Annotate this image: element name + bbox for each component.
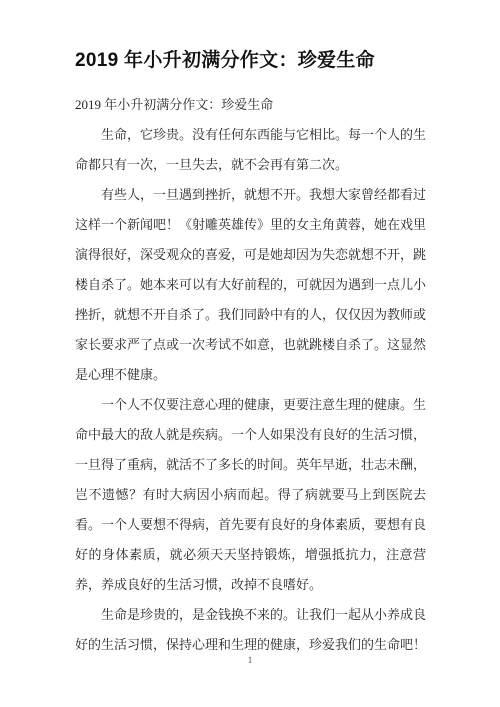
paragraph-3: 一个人不仅要注意心理的健康，更要注意生理的健康。生命中最大的敌人就是疾病。一个人…: [75, 390, 426, 600]
paragraph-2: 有些人，一旦遇到挫折，就想不开。我想大家曾经都看过这样一个新闻吧！《射雕英雄传》…: [75, 180, 426, 390]
paragraph-1: 生命，它珍贵。没有任何东西能与它相比。每一个人的生命都只有一次，一旦失去，就不会…: [75, 120, 426, 180]
document-subtitle: 2019 年小升初满分作文：珍爱生命: [75, 90, 426, 120]
page-number: 1: [0, 655, 500, 665]
document-title: 2019 年小升初满分作文：珍爱生命: [75, 47, 426, 74]
document-page: 2019 年小升初满分作文：珍爱生命 2019 年小升初满分作文：珍爱生命 生命…: [0, 0, 500, 707]
paragraph-4: 生命是珍贵的，是金钱换不来的。让我们一起从小养成良好的生活习惯，保持心理和生理的…: [75, 600, 426, 660]
